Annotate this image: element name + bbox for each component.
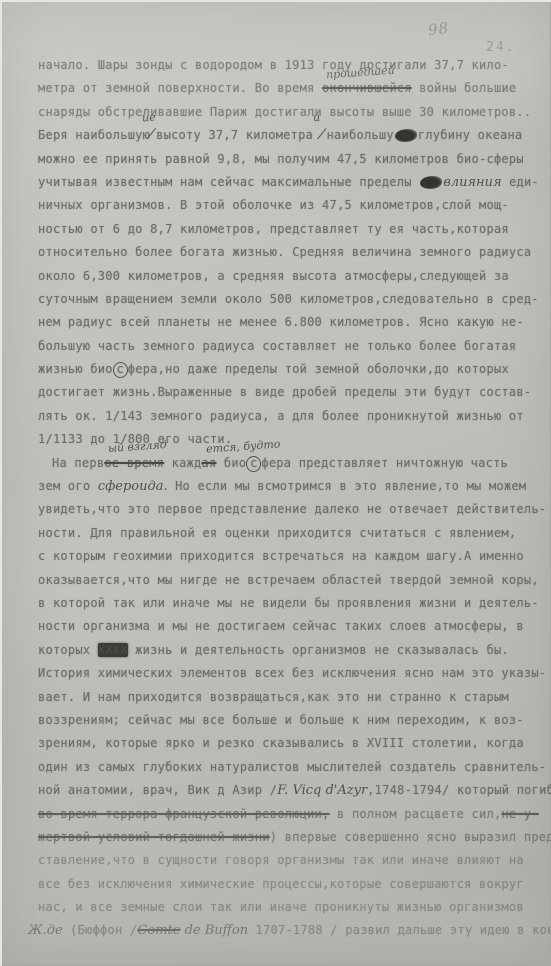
ink-blot <box>420 176 442 189</box>
handwritten-note: ый взгляд <box>108 433 168 460</box>
handwritten-note: прошедшей <box>325 59 395 87</box>
typed-text: с которым геохимии приходится встречатьс… <box>38 549 524 563</box>
typed-text: Но если мы всмотримся в это явление,то м… <box>168 479 527 493</box>
typescript-line: зем ого сфероида. Но если мы всмотримся … <box>38 475 530 498</box>
typescript-line: ности. Для правильной ея оценки приходит… <box>38 522 530 545</box>
typescript-line: На первое времяый взгляд каждаяется, буд… <box>38 452 530 475</box>
typed-text: 1707-1788 / развил дальше эту идею в кон… <box>248 923 551 937</box>
typescript-line: один из самых глубоких натуралистов мысл… <box>38 756 530 779</box>
typescript-line: метра от земной поверхности. Во время ок… <box>38 77 530 100</box>
typescript-line: ставление,что в сущности говоря организм… <box>38 849 530 872</box>
typed-text: вает. И нам приходится возвращаться,как … <box>38 690 509 704</box>
typed-text: жизнь и деятельность организмов не сказы… <box>128 643 509 657</box>
typescript-line: История химических элементов всех без ис… <box>38 662 530 685</box>
strikethrough-text: жертвой условий тогдашней жизни <box>38 830 270 844</box>
typed-text: метра от земной поверхности. Во время <box>38 81 322 95</box>
typed-text: (Бюффон / <box>63 923 138 937</box>
typed-text: жизнью био <box>38 362 113 376</box>
strikethrough-text: во время террора французской революции, <box>38 807 330 821</box>
typescript-line: ностью от 6 до 8,7 километров, представл… <box>38 218 530 241</box>
blacked-out-text: XXXX <box>98 643 128 657</box>
handwritten-note: и <box>312 106 321 130</box>
typescript-line: Беря наибольшуюие⁄высоту 37,7 километра … <box>38 124 530 147</box>
typescript-line: снаряды обстреливавшие Париж достигали в… <box>38 101 530 124</box>
insertion-caret: ⁄ <box>321 127 324 143</box>
typescript-line: ничных организмов. В этой оболочке из 47… <box>38 194 530 217</box>
typed-text: достигает жизнь.Выраженные в виде дробей… <box>38 385 531 399</box>
strikethrough-text: аяется, будто <box>202 456 217 470</box>
handwritten-note: F. Vicq d'Azyr <box>277 783 367 798</box>
typed-text: в которой так или иначе мы не видели бы … <box>38 596 539 610</box>
typescript-line: достигает жизнь.Выраженные в виде дробей… <box>38 381 530 404</box>
typed-text: снаряды обстреливавшие Париж достигали в… <box>38 105 531 119</box>
strikethrough-text: ое времяый взгляд <box>104 456 164 470</box>
handwritten-note: сфероида. <box>98 479 168 494</box>
typed-text: нас, и все земные слои так или иначе про… <box>38 900 524 914</box>
scanned-typescript-page: 98 24. начало. Шары зонды с водородом в … <box>0 0 551 966</box>
typescript-line: нем радиус всей планеты не менее 6.800 к… <box>38 311 530 334</box>
typed-text: около 6,300 километров, а средняя высота… <box>38 269 509 283</box>
typed-text: глубину океана <box>418 128 523 142</box>
typed-text: лять ок. 1/143 земного радиуса, а для бо… <box>38 409 524 423</box>
handwritten-note: ие <box>141 105 156 129</box>
insertion-caret: ⁄ <box>150 127 153 143</box>
typed-text: зрениям, которые ярко и резко сказывалис… <box>38 736 524 750</box>
typed-text: фера,но даже пределы той земной оболочки… <box>128 362 509 376</box>
typescript-line: относительно более богата жизнью. Средня… <box>38 241 530 264</box>
circled-letter: с <box>113 362 128 378</box>
typed-text: суточным вращением земли около 500 килом… <box>38 292 539 306</box>
typescript-line: учитывая известным нам сейчас максимальн… <box>38 171 530 194</box>
typescript-line: во время террора французской революции, … <box>38 803 530 826</box>
typed-text: нем радиус всей планеты не менее 6.800 к… <box>38 315 524 329</box>
handwritten-strikethrough-note: Comte <box>137 923 180 938</box>
handwritten-note: Ж.де <box>28 923 63 938</box>
handwritten-note: de Buffon <box>180 923 248 938</box>
typed-text: в полном расцвете сил, <box>330 807 502 821</box>
pencil-page-number: 98 <box>427 19 450 40</box>
typed-text: еди- <box>502 175 539 189</box>
typed-text: ной анатомии, врач, Вик д Азир / <box>38 783 277 797</box>
typed-text: На перв <box>52 456 104 470</box>
strikethrough-text: окончившейсяпрошедшей <box>322 81 412 95</box>
typescript-line: ности организма и мы не достигаем сейчас… <box>38 615 530 638</box>
typed-text: высоту 37,7 километра <box>156 128 320 142</box>
typed-text: зем ого <box>38 479 98 493</box>
typed-text: кажд <box>164 456 201 470</box>
typescript-line: с которым геохимии приходится встречатьс… <box>38 545 530 568</box>
typed-text: ничных организмов. В этой оболочке из 47… <box>38 198 509 212</box>
typed-text: все без исключения химические процессы,к… <box>38 877 524 891</box>
typescript-line: нас, и все земные слои так или иначе про… <box>38 896 530 919</box>
typed-text: войны большие <box>412 81 517 95</box>
typescript-line: увидеть,что это первое представление дал… <box>38 498 530 521</box>
typed-text: которых <box>38 643 98 657</box>
typed-text: большую часть земного радиуса составляет… <box>38 339 516 353</box>
typed-text: фера представляет ничтожную часть <box>261 456 508 470</box>
typed-text: ) впервые совершенно ясно выразил пред- <box>270 830 551 844</box>
typescript-line: которых XXXX жизнь и деятельность органи… <box>38 639 530 662</box>
typed-text: ,1748-1794/ который погиб <box>367 783 551 797</box>
typed-text: ставление,что в сущности говоря организм… <box>38 853 524 867</box>
typescript-line: жизнью биосфера,но даже пределы той земн… <box>38 358 530 381</box>
typed-text: воззрениям; сейчас мы все больше и больш… <box>38 713 524 727</box>
typed-text: можно ее принять равной 9,8, мы получим … <box>38 152 524 166</box>
typescript-line: Ж.де (Бюффон /Comte de Buffon 1707-1788 … <box>28 919 530 942</box>
typed-text: увидеть,что это первое представление дал… <box>38 502 546 516</box>
typed-text: один из самых глубоких натуралистов мысл… <box>38 760 546 774</box>
strikethrough-text: не у- <box>501 807 538 821</box>
typescript-line: жертвой условий тогдашней жизни) впервые… <box>38 826 530 849</box>
handwritten-note: влияния <box>443 175 501 190</box>
typed-text: оказывается,что мы нигде не встречаем об… <box>38 573 539 587</box>
typed-text: ности. Для правильной ея оценки приходит… <box>38 526 516 540</box>
handwritten-insertion-mark: ие⁄ <box>150 124 156 147</box>
typed-text: наибольшу <box>327 128 394 142</box>
typescript-line: ной анатомии, врач, Вик д Азир /F. Vicq … <box>38 779 530 802</box>
handwritten-insertion-mark: и⁄ <box>321 124 327 147</box>
typed-page-number: 24. <box>486 40 515 55</box>
typed-text: История химических элементов всех без ис… <box>38 666 546 680</box>
typescript-line: зрениям, которые ярко и резко сказывалис… <box>38 732 530 755</box>
typescript-line: все без исключения химические процессы,к… <box>38 873 530 896</box>
typed-text: относительно более богата жизнью. Средня… <box>38 245 531 259</box>
typescript-line: в которой так или иначе мы не видели бы … <box>38 592 530 615</box>
typescript-line: суточным вращением земли около 500 килом… <box>38 288 530 311</box>
typescript-line: около 6,300 километров, а средняя высота… <box>38 265 530 288</box>
typescript-line: можно ее принять равной 9,8, мы получим … <box>38 148 530 171</box>
ink-blot <box>395 129 417 142</box>
typed-text: Беря наибольшую <box>38 128 150 142</box>
typescript-line: большую часть земного радиуса составляет… <box>38 335 530 358</box>
typescript-line: оказывается,что мы нигде не встречаем об… <box>38 569 530 592</box>
typescript-line: вает. И нам приходится возвращаться,как … <box>38 686 530 709</box>
typed-text: начало. Шары зонды с водородом в 1913 го… <box>38 58 509 72</box>
typescript-line: лять ок. 1/143 земного радиуса, а для бо… <box>38 405 530 428</box>
typescript-line: воззрениям; сейчас мы все больше и больш… <box>38 709 530 732</box>
typescript-text-block: начало. Шары зонды с водородом в 1913 го… <box>38 54 530 943</box>
typed-text: ности организма и мы не достигаем сейчас… <box>38 619 524 633</box>
typescript-line: начало. Шары зонды с водородом в 1913 го… <box>38 54 530 77</box>
typed-text: ностью от 6 до 8,7 километров, представл… <box>38 222 509 236</box>
typed-text: учитывая известным нам сейчас максимальн… <box>38 175 419 189</box>
